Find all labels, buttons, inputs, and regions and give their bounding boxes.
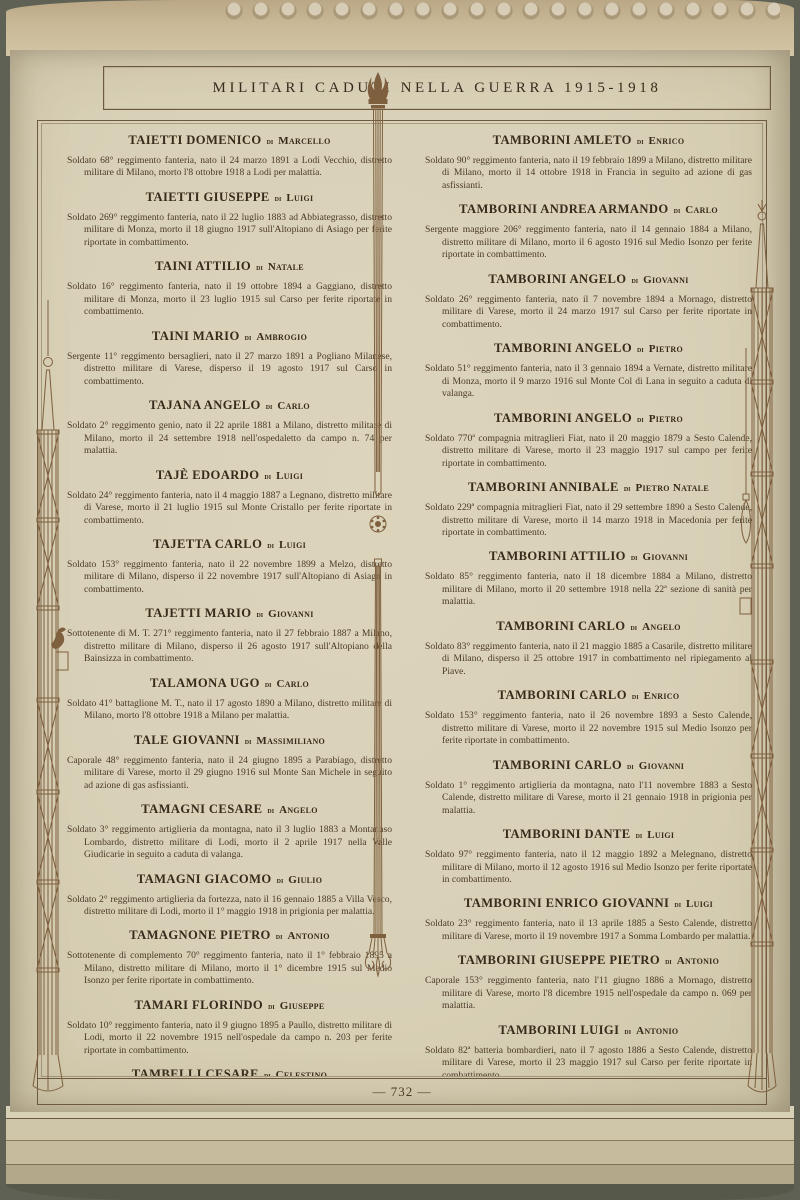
soldier-record-text: Soldato 3° reggimento artiglieria da mon… [67, 824, 392, 861]
soldier-record-text: Soldato 16° reggimento fanteria, nato il… [67, 281, 392, 318]
soldier-entry-heading: TAMARI FLORINDO di Giuseppe [67, 998, 392, 1013]
soldier-entry: TAMBORINI CARLO di Enrico Soldato 153° r… [425, 688, 752, 747]
soldier-name: TAMBORINI ANGELO [494, 341, 632, 355]
father-name: Antonio [287, 930, 329, 942]
father-name: Pietro [649, 413, 683, 425]
soldier-entry: TAJÈ EDOARDO di Luigi Soldato 24° reggim… [67, 468, 392, 527]
patronymic-prefix: di [637, 136, 644, 146]
soldier-name: TAMBORINI ANGELO [494, 411, 632, 425]
soldier-name: TAMBORINI GIUSEPPE PIETRO [458, 953, 660, 967]
soldier-record-text: Soldato 85° reggimento fanteria, nato il… [425, 571, 752, 608]
soldier-entry: TAJETTI MARIO di Giovanni Sottotenente d… [67, 606, 392, 665]
patronymic-prefix: di [627, 761, 634, 771]
patronymic-prefix: di [275, 193, 282, 203]
soldier-record-text: Caporale 48° reggimento fanteria, nato i… [67, 755, 392, 792]
soldier-name: TAMAGNI GIACOMO [137, 872, 272, 886]
patronymic-prefix: di [277, 875, 284, 885]
soldier-record-text: Soldato 41° battaglione M. T., nato il 1… [67, 698, 392, 723]
soldier-record-text: Soldato 68° reggimento fanteria, nato il… [67, 155, 392, 180]
soldier-record-text: Soldato 83° reggimento fanteria, nato il… [425, 641, 752, 678]
soldier-record-text: Soldato 82ª batteria bombardieri, nato i… [425, 1045, 752, 1077]
soldier-entry: TAIETTI GIUSEPPE di Luigi Soldato 269° r… [67, 190, 392, 249]
father-name: Luigi [647, 829, 674, 841]
page-number: — 732 — [373, 1084, 432, 1100]
soldier-record-text: Soldato 97° reggimento fanteria, nato il… [425, 849, 752, 886]
soldier-record-text: Sergente 11° reggimento bersaglieri, nat… [67, 351, 392, 388]
soldier-entry: TAMAGNI CESARE di Angelo Soldato 3° regg… [67, 802, 392, 861]
soldier-record-text: Soldato 90° reggimento fanteria, nato il… [425, 155, 752, 192]
patronymic-prefix: di [267, 540, 274, 550]
soldier-entry: TAMBORINI ATTILIO di Giovanni Soldato 85… [425, 549, 752, 608]
patronymic-prefix: di [637, 414, 644, 424]
soldier-name: TAMAGNONE PIETRO [129, 928, 271, 942]
soldier-name: TALAMONA UGO [150, 676, 260, 690]
soldier-entry-heading: TAMBORINI AMLETO di Enrico [425, 133, 752, 148]
soldier-entry-heading: TAINI MARIO di Ambrogio [67, 329, 392, 344]
book-page: MILITARI CADUTI NELLA GUERRA 1915-1918 T… [10, 50, 790, 1112]
soldier-name: TAJETTA CARLO [153, 537, 262, 551]
father-name: Luigi [686, 898, 713, 910]
soldier-entry: TAMBORINI CARLO di Giovanni Soldato 1° r… [425, 758, 752, 817]
soldier-entry: TAMBORINI ANGELO di Giovanni Soldato 26°… [425, 272, 752, 331]
soldier-entry: TAMBORINI DANTE di Luigi Soldato 97° reg… [425, 827, 752, 886]
soldier-record-text: Soldato 24° reggimento fanteria, nato il… [67, 490, 392, 527]
soldier-entry: TAMARI FLORINDO di Giuseppe Soldato 10° … [67, 998, 392, 1057]
soldier-entry-heading: TAJÈ EDOARDO di Luigi [67, 468, 392, 483]
left-column: TAIETTI DOMENICO di Marcello Soldato 68°… [67, 133, 392, 1077]
patronymic-prefix: di [674, 899, 681, 909]
soldier-entry-heading: TAINI ATTILIO di Natale [67, 259, 392, 274]
father-name: Giovanni [643, 551, 688, 563]
soldier-entry-heading: TAMBORINI LUIGI di Antonio [425, 1023, 752, 1038]
father-name: Giuseppe [280, 1000, 325, 1012]
father-name: Giovanni [643, 274, 688, 286]
soldier-name: TAINI MARIO [152, 329, 240, 343]
soldier-entry-heading: TAJETTI MARIO di Giovanni [67, 606, 392, 621]
soldier-name: TAMBORINI ANDREA ARMANDO [459, 202, 668, 216]
soldier-name: TAMBORINI AMLETO [493, 133, 632, 147]
father-name: Carlo [685, 204, 718, 216]
soldier-name: TAMBELLI CESARE [132, 1067, 259, 1077]
father-name: Antonio [677, 955, 719, 967]
patronymic-prefix: di [631, 275, 638, 285]
soldier-record-text: Sottotenente di M. T. 271° reggimento fa… [67, 628, 392, 665]
father-name: Pietro [649, 343, 683, 355]
soldier-name: TALE GIOVANNI [134, 733, 240, 747]
soldier-entry: TAMBORINI ANGELO di Pietro Soldato 51° r… [425, 341, 752, 400]
soldier-entry: TAMBORINI CARLO di Angelo Soldato 83° re… [425, 619, 752, 678]
soldier-record-text: Soldato 10° reggimento fanteria, nato il… [67, 1020, 392, 1057]
patronymic-prefix: di [245, 736, 252, 746]
patronymic-prefix: di [630, 622, 637, 632]
father-name: Giovanni [639, 760, 684, 772]
soldier-entry-heading: TAIETTI DOMENICO di Marcello [67, 133, 392, 148]
soldier-entry-heading: TAMBORINI CARLO di Enrico [425, 688, 752, 703]
soldier-record-text: Soldato 153° reggimento fanteria, nato i… [425, 710, 752, 747]
patronymic-prefix: di [267, 805, 274, 815]
soldier-entry-heading: TAMBORINI ANGELO di Giovanni [425, 272, 752, 287]
soldier-name: TAMBORINI LUIGI [499, 1023, 620, 1037]
father-name: Luigi [286, 192, 313, 204]
soldier-name: TAMBORINI ANGELO [488, 272, 626, 286]
soldier-entry-heading: TAMBORINI DANTE di Luigi [425, 827, 752, 842]
father-name: Luigi [279, 539, 306, 551]
soldier-name: TAMARI FLORINDO [135, 998, 264, 1012]
soldier-record-text: Caporale 153° reggimento fanteria, nato … [425, 975, 752, 1012]
father-name: Massimiliano [256, 735, 325, 747]
father-name: Giovanni [268, 608, 313, 620]
header-frame: MILITARI CADUTI NELLA GUERRA 1915-1918 [103, 66, 771, 110]
father-name: Antonio [636, 1025, 678, 1037]
soldier-record-text: Soldato 23° reggimento fanteria, nato il… [425, 918, 752, 943]
soldier-entry: TAJANA ANGELO di Carlo Soldato 2° reggim… [67, 398, 392, 457]
patronymic-prefix: di [265, 679, 272, 689]
soldier-record-text: Soldato 269° reggimento fanteria, nato i… [67, 212, 392, 249]
soldier-entry-heading: TALE GIOVANNI di Massimiliano [67, 733, 392, 748]
soldier-entry-heading: TAMAGNI GIACOMO di Giulio [67, 872, 392, 887]
patronymic-prefix: di [267, 136, 274, 146]
patronymic-prefix: di [266, 401, 273, 411]
soldier-entry-heading: TAMBORINI ANGELO di Pietro [425, 411, 752, 426]
soldier-entry: TAINI MARIO di Ambrogio Sergente 11° reg… [67, 329, 392, 388]
soldier-entry-heading: TAIETTI GIUSEPPE di Luigi [67, 190, 392, 205]
right-column: TAMBORINI AMLETO di Enrico Soldato 90° r… [425, 133, 752, 1077]
soldier-record-text: Soldato 2° reggimento genio, nato il 22 … [67, 420, 392, 457]
soldier-entry: TAMAGNI GIACOMO di Giulio Soldato 2° reg… [67, 872, 392, 919]
patronymic-prefix: di [264, 1070, 271, 1077]
soldier-record-text: Soldato 770ª compagnia mitraglieri Fiat,… [425, 433, 752, 470]
soldier-record-text: Soldato 2° reggimento artiglieria da for… [67, 894, 392, 919]
soldier-entry: TAINI ATTILIO di Natale Soldato 16° regg… [67, 259, 392, 318]
patronymic-prefix: di [268, 1001, 275, 1011]
father-name: Pietro Natale [635, 482, 708, 494]
soldier-entry-heading: TAMBORINI CARLO di Giovanni [425, 758, 752, 773]
soldier-name: TAMBORINI ANNIBALE [468, 480, 619, 494]
page-stack-bottom-edge [6, 1106, 794, 1200]
soldier-entry-heading: TAMBORINI ENRICO GIOVANNI di Luigi [425, 896, 752, 911]
father-name: Carlo [276, 678, 309, 690]
father-name: Angelo [642, 621, 681, 633]
soldier-name: TAMBORINI DANTE [503, 827, 631, 841]
soldier-entry: TAMBORINI AMLETO di Enrico Soldato 90° r… [425, 133, 752, 192]
patronymic-prefix: di [624, 483, 631, 493]
soldier-entry: TAMBORINI LUIGI di Antonio Soldato 82ª b… [425, 1023, 752, 1077]
soldier-entry: TAMBELLI CESARE di Celestino DECORATO DI… [67, 1067, 392, 1077]
patronymic-prefix: di [245, 332, 252, 342]
patronymic-prefix: di [636, 830, 643, 840]
soldier-name: TAJANA ANGELO [149, 398, 261, 412]
patronymic-prefix: di [632, 691, 639, 701]
soldier-name: TAMAGNI CESARE [141, 802, 262, 816]
soldier-name: TAJETTI MARIO [145, 606, 251, 620]
father-name: Ambrogio [256, 331, 307, 343]
soldier-name: TAIETTI DOMENICO [128, 133, 261, 147]
father-name: Angelo [279, 804, 318, 816]
soldier-entry-heading: TAMAGNI CESARE di Angelo [67, 802, 392, 817]
footer-band: — 732 — [38, 1078, 766, 1104]
soldier-entry-heading: TAMBELLI CESARE di Celestino [67, 1067, 392, 1077]
soldier-record-text: Soldato 153° reggimento fanteria, nato i… [67, 559, 392, 596]
soldier-entry: TAJETTA CARLO di Luigi Soldato 153° regg… [67, 537, 392, 596]
soldier-entry-heading: TAMBORINI ANGELO di Pietro [425, 341, 752, 356]
page-stack-top-edge [6, 0, 794, 56]
soldier-entry-heading: TAJANA ANGELO di Carlo [67, 398, 392, 413]
father-name: Enrico [649, 135, 685, 147]
soldier-entry-heading: TAMBORINI GIUSEPPE PIETRO di Antonio [425, 953, 752, 968]
soldier-entry: TAMAGNONE PIETRO di Antonio Sottotenente… [67, 928, 392, 987]
father-name: Giulio [288, 874, 322, 886]
patronymic-prefix: di [674, 205, 681, 215]
soldier-entry-heading: TAMBORINI ANNIBALE di Pietro Natale [425, 480, 752, 495]
soldier-entry: TAMBORINI ANDREA ARMANDO di Carlo Sergen… [425, 202, 752, 261]
book-photo: MILITARI CADUTI NELLA GUERRA 1915-1918 T… [0, 0, 800, 1200]
soldier-record-text: Soldato 51° reggimento fanteria, nato il… [425, 363, 752, 400]
soldier-name: TAMBORINI ENRICO GIOVANNI [464, 896, 669, 910]
soldier-name: TAINI ATTILIO [155, 259, 251, 273]
father-name: Natale [268, 261, 304, 273]
soldier-entry-heading: TAMBORINI CARLO di Angelo [425, 619, 752, 634]
soldier-record-text: Soldato 1° reggimento artiglieria da mon… [425, 780, 752, 817]
soldier-record-text: Soldato 229ª compagnia mitraglieri Fiat,… [425, 502, 752, 539]
soldier-entry: TALE GIOVANNI di Massimiliano Caporale 4… [67, 733, 392, 792]
soldier-entry: TAMBORINI GIUSEPPE PIETRO di Antonio Cap… [425, 953, 752, 1012]
soldier-name: TAMBORINI CARLO [498, 688, 627, 702]
soldier-name: TAMBORINI ATTILIO [489, 549, 626, 563]
father-name: Marcello [278, 135, 330, 147]
soldier-entry-heading: TALAMONA UGO di Carlo [67, 676, 392, 691]
patronymic-prefix: di [264, 471, 271, 481]
soldier-entry: TAIETTI DOMENICO di Marcello Soldato 68°… [67, 133, 392, 180]
soldier-name: TAJÈ EDOARDO [156, 468, 260, 482]
father-name: Celestino [276, 1069, 328, 1077]
soldier-entry-heading: TAJETTA CARLO di Luigi [67, 537, 392, 552]
soldier-entry: TAMBORINI ENRICO GIOVANNI di Luigi Solda… [425, 896, 752, 943]
content-area: TAIETTI DOMENICO di Marcello Soldato 68°… [41, 123, 763, 1077]
soldier-record-text: Sottotenente di complemento 70° reggimen… [67, 950, 392, 987]
soldier-name: TAMBORINI CARLO [493, 758, 622, 772]
patronymic-prefix: di [276, 931, 283, 941]
page-title: MILITARI CADUTI NELLA GUERRA 1915-1918 [213, 80, 662, 97]
soldier-entry: TALAMONA UGO di Carlo Soldato 41° battag… [67, 676, 392, 723]
father-name: Luigi [276, 470, 303, 482]
soldier-name: TAIETTI GIUSEPPE [146, 190, 270, 204]
patronymic-prefix: di [256, 609, 263, 619]
patronymic-prefix: di [256, 262, 263, 272]
soldier-record-text: Sergente maggiore 206° reggimento fanter… [425, 224, 752, 261]
content-frame: TAIETTI DOMENICO di Marcello Soldato 68°… [37, 120, 767, 1105]
patronymic-prefix: di [665, 956, 672, 966]
father-name: Carlo [277, 400, 310, 412]
soldier-record-text: Soldato 26° reggimento fanteria, nato il… [425, 294, 752, 331]
patronymic-prefix: di [631, 552, 638, 562]
patronymic-prefix: di [637, 344, 644, 354]
patronymic-prefix: di [624, 1026, 631, 1036]
soldier-entry: TAMBORINI ANNIBALE di Pietro Natale Sold… [425, 480, 752, 539]
father-name: Enrico [644, 690, 680, 702]
soldier-entry-heading: TAMAGNONE PIETRO di Antonio [67, 928, 392, 943]
soldier-entry-heading: TAMBORINI ATTILIO di Giovanni [425, 549, 752, 564]
soldier-entry: TAMBORINI ANGELO di Pietro Soldato 770ª … [425, 411, 752, 470]
soldier-entry-heading: TAMBORINI ANDREA ARMANDO di Carlo [425, 202, 752, 217]
soldier-name: TAMBORINI CARLO [496, 619, 625, 633]
